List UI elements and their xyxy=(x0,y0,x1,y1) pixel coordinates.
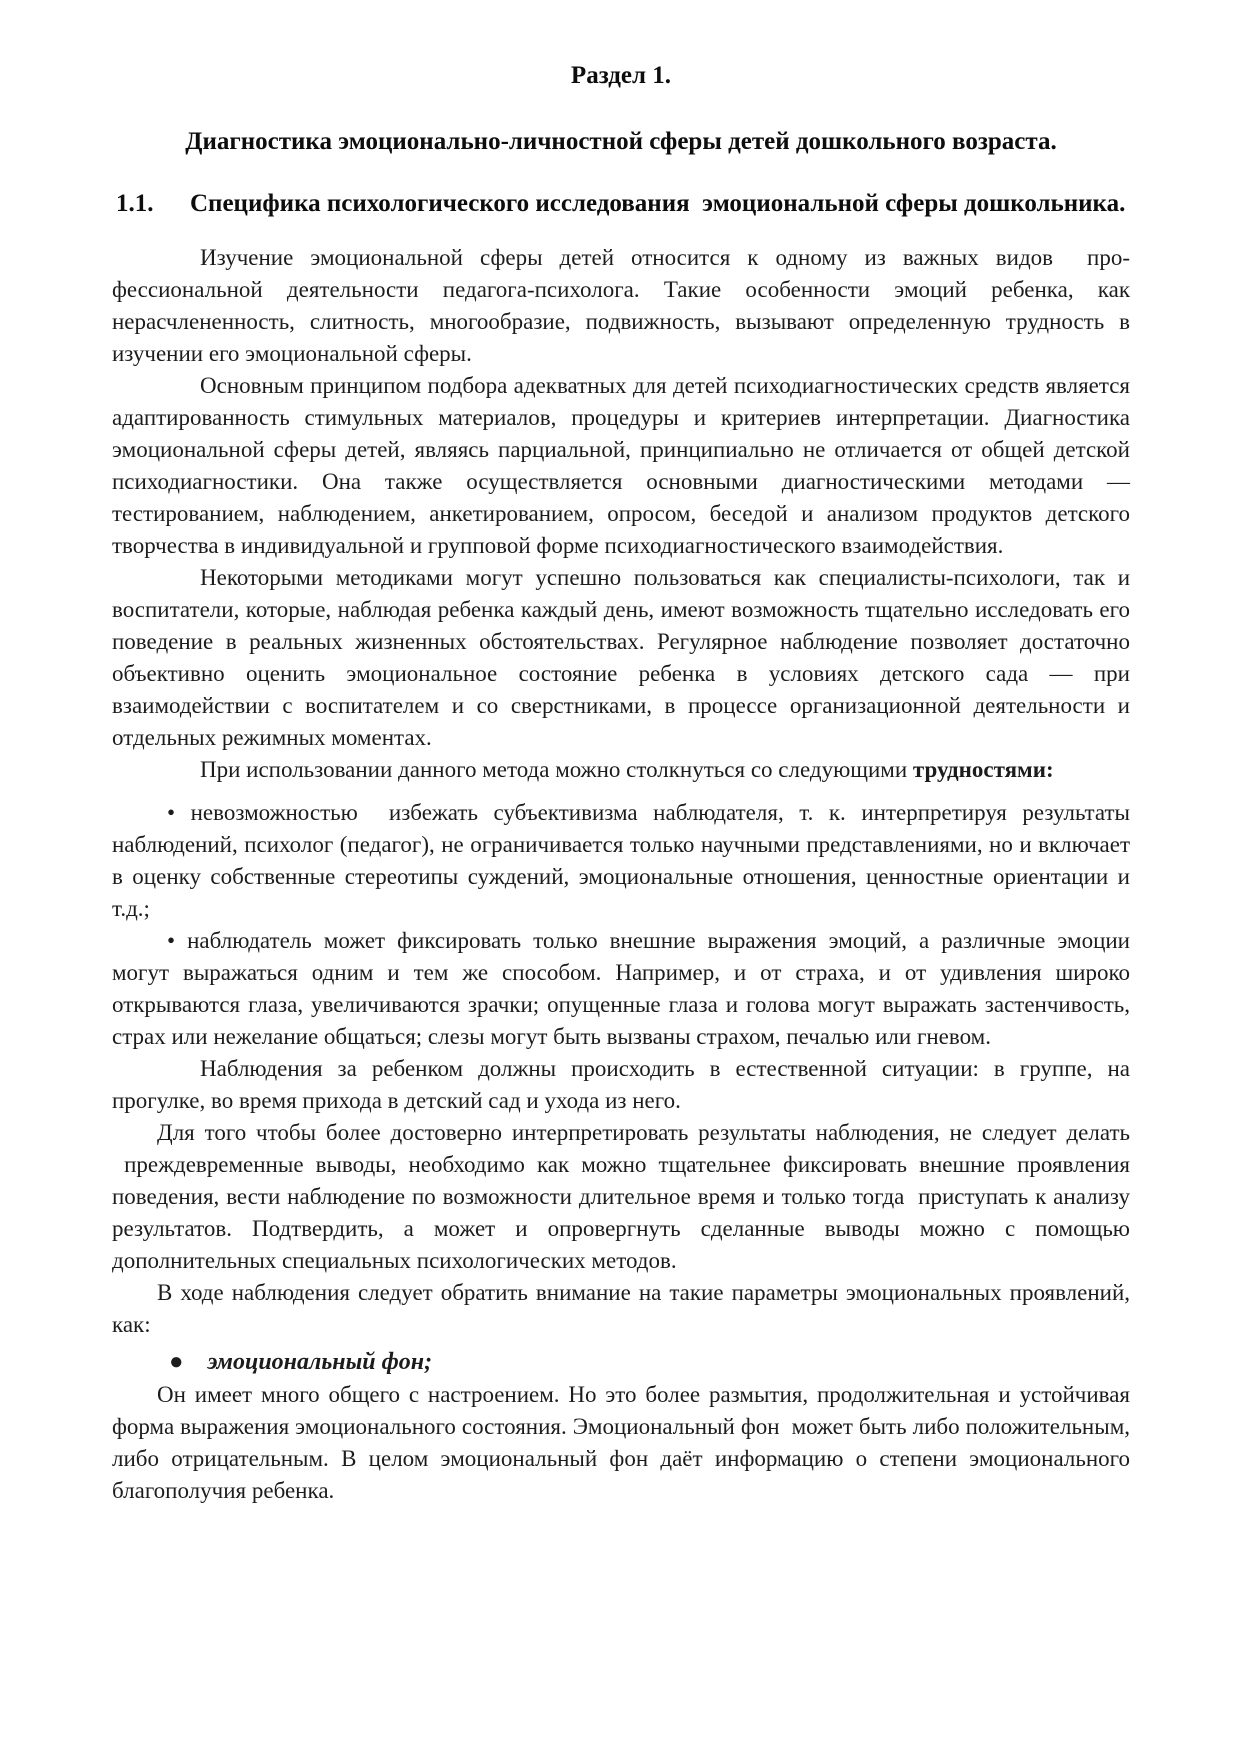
bullet-item: • невозможностью избежать субъективизма … xyxy=(112,797,1130,925)
paragraph: В ходе наблюдения следует обратить внима… xyxy=(112,1277,1130,1341)
document-page: Раздел 1. Диагностика эмоционально-лично… xyxy=(0,0,1240,1754)
paragraph: При использовании данного метода можно с… xyxy=(112,754,1130,786)
text-run: наблюдатель может фиксировать только вне… xyxy=(112,928,1130,1049)
document-body: Изучение эмоциональной сферы детей относ… xyxy=(112,242,1130,1507)
document-title: Диагностика эмоционально-личностной сфер… xyxy=(112,124,1130,160)
paragraph: Наблюдения за ребенком должны происходит… xyxy=(112,1053,1130,1117)
bullet-icon: ● xyxy=(169,1349,184,1375)
bullet-icon: • xyxy=(167,800,191,825)
text-run: эмоциональный фон; xyxy=(208,1349,433,1375)
text-run: Он имеет много общего с настроением. Но … xyxy=(112,1382,1130,1503)
text-run: невозможностью избежать субъективизма на… xyxy=(112,800,1130,921)
paragraph: Изучение эмоциональной сферы детей относ… xyxy=(112,242,1130,370)
text-run: При использовании данного метода можно с… xyxy=(200,757,913,782)
bullet-item: ●эмоциональный фон; xyxy=(112,1346,1130,1378)
text-run: Основным принципом подбора адекватных дл… xyxy=(112,373,1130,558)
text-run: Некоторыми методиками могут успешно поль… xyxy=(112,565,1130,750)
subsection-heading: 1.1. Специфика психологического исследов… xyxy=(112,184,1130,224)
paragraph: Некоторыми методиками могут успешно поль… xyxy=(112,562,1130,754)
subsection-number: 1.1. xyxy=(116,184,154,224)
bullet-item: • наблюдатель может фиксировать только в… xyxy=(112,925,1130,1053)
bullet-icon: • xyxy=(167,928,187,953)
paragraph: Он имеет много общего с настроением. Но … xyxy=(112,1379,1130,1507)
subsection-title: Специфика психологического исследования … xyxy=(190,190,1125,217)
text-run: Изучение эмоциональной сферы детей относ… xyxy=(112,245,1130,366)
section-title: Раздел 1. xyxy=(112,58,1130,94)
text-run: Наблюдения за ребенком должны происходит… xyxy=(112,1056,1130,1113)
text-run: трудно­стями: xyxy=(913,757,1054,782)
paragraph: Основным принципом подбора адекватных дл… xyxy=(112,370,1130,562)
paragraph: Для того чтобы более достоверно интерпре… xyxy=(112,1117,1130,1277)
text-run: Для того чтобы более достоверно интерпре… xyxy=(112,1120,1130,1273)
text-run: В ходе наблюдения следует обратить внима… xyxy=(112,1280,1130,1337)
